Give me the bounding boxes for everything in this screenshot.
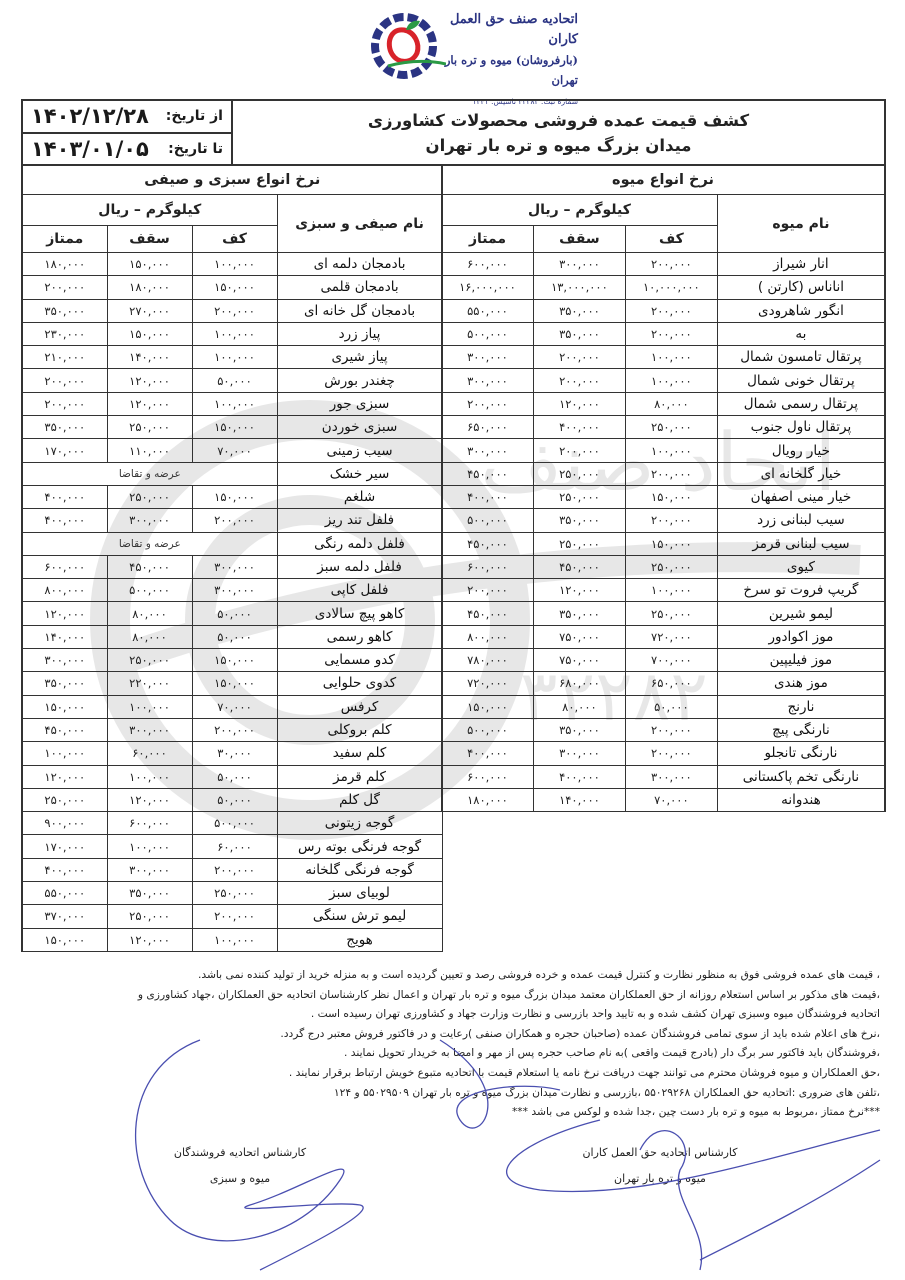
price-min: ۲۰۰,۰۰۰ xyxy=(625,718,717,741)
from-date-row: از تاریخ: ۱۴۰۲/۱۲/۲۸ xyxy=(23,101,231,132)
item-name: موز اکوادور xyxy=(717,625,885,648)
fruit-row: نارنگی پیچ۲۰۰,۰۰۰۳۵۰,۰۰۰۵۰۰,۰۰۰ xyxy=(442,718,886,741)
signature-block-sellers: کارشناس اتحادیه فروشندگان میوه و سبزی xyxy=(150,1140,330,1192)
price-max: ۷۵۰,۰۰۰ xyxy=(533,625,625,648)
supply-demand-note: عرضه و تقاضا xyxy=(22,532,277,555)
price-min: ۲۵۰,۰۰۰ xyxy=(625,602,717,625)
price-max: ۱۴۰,۰۰۰ xyxy=(533,788,625,811)
price-premium: ۶۰۰,۰۰۰ xyxy=(442,765,534,788)
fruit-premium-header: ممتاز xyxy=(442,226,534,253)
fruit-price-table: نرخ انواع میوه نام میوه کیلوگرم – ریال ک… xyxy=(441,165,886,812)
price-max: ۶۰۰,۰۰۰ xyxy=(107,812,192,835)
item-name: کلم بروکلی xyxy=(277,718,442,741)
price-min: ۶۵۰,۰۰۰ xyxy=(625,672,717,695)
signature-subtitle: میوه و سبزی xyxy=(150,1166,330,1192)
price-premium: ۱۵۰,۰۰۰ xyxy=(22,928,107,951)
item-name: نارنگی تخم پاکستانی xyxy=(717,765,885,788)
item-name: سیب زمینی xyxy=(277,439,442,462)
price-min: ۳۰۰,۰۰۰ xyxy=(192,579,277,602)
item-name: بادمجان دلمه ای xyxy=(277,253,442,276)
price-min: ۲۰۰,۰۰۰ xyxy=(625,509,717,532)
title-line-2: میدان بزرگ میوه و تره بار تهران xyxy=(426,133,692,158)
price-min: ۳۰۰,۰۰۰ xyxy=(192,555,277,578)
item-name: گوجه زیتونی xyxy=(277,812,442,835)
price-min: ۲۰۰,۰۰۰ xyxy=(192,299,277,322)
fruit-row: به۲۰۰,۰۰۰۳۵۰,۰۰۰۵۰۰,۰۰۰ xyxy=(442,322,886,345)
price-max: ۱۰۰,۰۰۰ xyxy=(107,695,192,718)
price-min: ۱۰۰,۰۰۰ xyxy=(192,322,277,345)
fruit-row: سیب لبنانی قرمز۱۵۰,۰۰۰۲۵۰,۰۰۰۴۵۰,۰۰۰ xyxy=(442,532,886,555)
price-max: ۸۰,۰۰۰ xyxy=(107,602,192,625)
note-line: ،نرخ های اعلام شده باید از سوی تمامی فرو… xyxy=(30,1024,880,1044)
vegetable-row: کلم قرمز۵۰,۰۰۰۱۰۰,۰۰۰۱۲۰,۰۰۰ xyxy=(22,765,442,788)
price-max: ۱۲۰,۰۰۰ xyxy=(107,392,192,415)
price-max: ۲۵۰,۰۰۰ xyxy=(533,462,625,485)
item-name: فلفل دلمه سبز xyxy=(277,555,442,578)
note-line: ، قیمت های عمده فروشی فوق به منظور نظارت… xyxy=(30,965,880,985)
price-max: ۲۷۰,۰۰۰ xyxy=(107,299,192,322)
logo-text: اتحادیه صنف حق العمل کاران (بارفروشان) م… xyxy=(438,10,578,110)
price-min: ۲۰۰,۰۰۰ xyxy=(625,299,717,322)
item-name: بادمجان قلمی xyxy=(277,276,442,299)
item-name: بادمجان گل خانه ای xyxy=(277,299,442,322)
price-min: ۱۰۰,۰۰۰ xyxy=(192,392,277,415)
item-name: گوجه فرنگی بوته رس xyxy=(277,835,442,858)
price-premium: ۱۲۰,۰۰۰ xyxy=(22,765,107,788)
item-name: کرفس xyxy=(277,695,442,718)
signature-subtitle: میوه و تره بار تهران xyxy=(565,1166,755,1192)
item-name: موز فیلیپین xyxy=(717,649,885,672)
price-min: ۵۰,۰۰۰ xyxy=(192,625,277,648)
price-premium: ۴۵۰,۰۰۰ xyxy=(442,602,534,625)
fruit-row: نارنگی تانجلو۲۰۰,۰۰۰۳۰۰,۰۰۰۴۰۰,۰۰۰ xyxy=(442,742,886,765)
item-name: کدو مسمایی xyxy=(277,649,442,672)
price-max: ۳۵۰,۰۰۰ xyxy=(107,882,192,905)
price-premium: ۵۵۰,۰۰۰ xyxy=(22,882,107,905)
fruit-row: پرتقال ناول جنوب۲۵۰,۰۰۰۴۰۰,۰۰۰۶۵۰,۰۰۰ xyxy=(442,416,886,439)
price-premium: ۴۰۰,۰۰۰ xyxy=(442,485,534,508)
vegetable-row: هویج۱۰۰,۰۰۰۱۲۰,۰۰۰۱۵۰,۰۰۰ xyxy=(22,928,442,951)
price-min: ۱۰۰,۰۰۰ xyxy=(192,253,277,276)
price-max: ۲۵۰,۰۰۰ xyxy=(107,905,192,928)
price-min: ۱۰۰,۰۰۰ xyxy=(192,346,277,369)
note-line: ،قیمت های مذکور بر اساس استعلام روزانه ا… xyxy=(30,985,880,1005)
price-max: ۷۵۰,۰۰۰ xyxy=(533,649,625,672)
vegetable-row: بادمجان قلمی۱۵۰,۰۰۰۱۸۰,۰۰۰۲۰۰,۰۰۰ xyxy=(22,276,442,299)
vegetable-rows: بادمجان دلمه ای۱۰۰,۰۰۰۱۵۰,۰۰۰۱۸۰,۰۰۰بادم… xyxy=(22,253,442,952)
vegetable-row: شلغم۱۵۰,۰۰۰۲۵۰,۰۰۰۴۰۰,۰۰۰ xyxy=(22,485,442,508)
item-name: گوجه فرنگی گلخانه xyxy=(277,858,442,881)
price-premium: ۴۵۰,۰۰۰ xyxy=(442,532,534,555)
document-title: کشف قیمت عمده فروشی محصولات کشاورزی میدا… xyxy=(231,101,884,164)
from-date-label: از تاریخ: xyxy=(166,108,223,124)
item-name: نارنگی پیچ xyxy=(717,718,885,741)
signature-title: کارشناس اتحادیه فروشندگان xyxy=(150,1140,330,1166)
price-min: ۱۵۰,۰۰۰ xyxy=(192,416,277,439)
vegetable-row: سیب زمینی۷۰,۰۰۰۱۱۰,۰۰۰۱۷۰,۰۰۰ xyxy=(22,439,442,462)
price-max: ۱۲۰,۰۰۰ xyxy=(533,392,625,415)
fruit-row: خیار مینی اصفهان۱۵۰,۰۰۰۲۵۰,۰۰۰۴۰۰,۰۰۰ xyxy=(442,485,886,508)
price-max: ۲۵۰,۰۰۰ xyxy=(533,485,625,508)
union-logo: اتحادیه صنف حق العمل کاران (بارفروشان) م… xyxy=(368,6,578,86)
item-name: پرتقال ناول جنوب xyxy=(717,416,885,439)
price-max: ۴۵۰,۰۰۰ xyxy=(533,555,625,578)
price-min: ۱۰۰,۰۰۰ xyxy=(625,346,717,369)
price-min: ۱۰,۰۰۰,۰۰۰ xyxy=(625,276,717,299)
item-name: کلم قرمز xyxy=(277,765,442,788)
price-premium: ۳۰۰,۰۰۰ xyxy=(442,346,534,369)
vegetable-row: فلفل دلمه سبز۳۰۰,۰۰۰۴۵۰,۰۰۰۶۰۰,۰۰۰ xyxy=(22,555,442,578)
price-premium: ۴۰۰,۰۰۰ xyxy=(442,742,534,765)
item-name: فلفل کاپی xyxy=(277,579,442,602)
price-premium: ۱۵۰,۰۰۰ xyxy=(22,695,107,718)
price-max: ۵۰۰,۰۰۰ xyxy=(107,579,192,602)
price-min: ۱۵۰,۰۰۰ xyxy=(192,672,277,695)
vegetable-price-table: نرخ انواع سبزی و صیفی نام صیفی و سبزی کی… xyxy=(21,165,443,952)
price-min: ۵۰,۰۰۰ xyxy=(192,369,277,392)
vegetable-row: گوجه فرنگی گلخانه۲۰۰,۰۰۰۳۰۰,۰۰۰۴۰۰,۰۰۰ xyxy=(22,858,442,881)
price-max: ۳۰۰,۰۰۰ xyxy=(533,253,625,276)
vegetable-premium-header: ممتاز xyxy=(22,226,107,253)
note-line: ،حق العملکاران و میوه فروشان محترم می تو… xyxy=(30,1063,880,1083)
price-premium: ۵۰۰,۰۰۰ xyxy=(442,509,534,532)
price-min: ۱۵۰,۰۰۰ xyxy=(625,485,717,508)
price-max: ۳۵۰,۰۰۰ xyxy=(533,509,625,532)
price-premium: ۸۰۰,۰۰۰ xyxy=(442,625,534,648)
price-max: ۳۰۰,۰۰۰ xyxy=(107,858,192,881)
note-line: ،فروشندگان باید فاکتور سر برگ دار (بادرج… xyxy=(30,1043,880,1063)
fruit-max-header: سقف xyxy=(533,226,625,253)
price-premium: ۱۲۰,۰۰۰ xyxy=(22,602,107,625)
fruit-row: انگور شاهرودی۲۰۰,۰۰۰۳۵۰,۰۰۰۵۵۰,۰۰۰ xyxy=(442,299,886,322)
date-range: از تاریخ: ۱۴۰۲/۱۲/۲۸ تا تاریخ: ۱۴۰۳/۰۱/۰… xyxy=(23,101,231,164)
item-name: خیار گلخانه ای xyxy=(717,462,885,485)
fruit-row: اناناس (کارتن )۱۰,۰۰۰,۰۰۰۱۳,۰۰۰,۰۰۰۱۶,۰۰… xyxy=(442,276,886,299)
price-min: ۷۰,۰۰۰ xyxy=(192,695,277,718)
price-min: ۵۰,۰۰۰ xyxy=(192,765,277,788)
price-max: ۱۲۰,۰۰۰ xyxy=(533,579,625,602)
price-min: ۷۰,۰۰۰ xyxy=(625,788,717,811)
fruit-row: پرتقال خونی شمال۱۰۰,۰۰۰۲۰۰,۰۰۰۳۰۰,۰۰۰ xyxy=(442,369,886,392)
vegetable-row: کرفس۷۰,۰۰۰۱۰۰,۰۰۰۱۵۰,۰۰۰ xyxy=(22,695,442,718)
price-premium: ۲۰۰,۰۰۰ xyxy=(22,276,107,299)
item-name: هندوانه xyxy=(717,788,885,811)
price-premium: ۲۱۰,۰۰۰ xyxy=(22,346,107,369)
fruit-row: گریپ فروت تو سرخ۱۰۰,۰۰۰۱۲۰,۰۰۰۲۰۰,۰۰۰ xyxy=(442,579,886,602)
price-premium: ۳۷۰,۰۰۰ xyxy=(22,905,107,928)
fruit-row: پرتقال تامسون شمال۱۰۰,۰۰۰۲۰۰,۰۰۰۳۰۰,۰۰۰ xyxy=(442,346,886,369)
price-min: ۶۰,۰۰۰ xyxy=(192,835,277,858)
item-name: انار شیراز xyxy=(717,253,885,276)
document-header: کشف قیمت عمده فروشی محصولات کشاورزی میدا… xyxy=(21,99,886,166)
vegetable-row: کدو مسمایی۱۵۰,۰۰۰۲۵۰,۰۰۰۳۰۰,۰۰۰ xyxy=(22,649,442,672)
fruit-row: موز فیلیپین۷۰۰,۰۰۰۷۵۰,۰۰۰۷۸۰,۰۰۰ xyxy=(442,649,886,672)
price-premium: ۳۰۰,۰۰۰ xyxy=(442,369,534,392)
price-list-document: اتحاد صنف ۳۲۲۸۲ اتحادیه صنف حق العمل کار… xyxy=(0,0,905,1280)
price-max: ۱۴۰,۰۰۰ xyxy=(107,346,192,369)
price-premium: ۹۰۰,۰۰۰ xyxy=(22,812,107,835)
price-premium: ۴۵۰,۰۰۰ xyxy=(22,718,107,741)
item-name: پرتقال تامسون شمال xyxy=(717,346,885,369)
price-premium: ۲۵۰,۰۰۰ xyxy=(22,788,107,811)
item-name: فلفل دلمه رنگی xyxy=(277,532,442,555)
vegetable-row: چغندر بورش۵۰,۰۰۰۱۲۰,۰۰۰۲۰۰,۰۰۰ xyxy=(22,369,442,392)
price-premium: ۱۵۰,۰۰۰ xyxy=(442,695,534,718)
vegetable-row: بادمجان دلمه ای۱۰۰,۰۰۰۱۵۰,۰۰۰۱۸۰,۰۰۰ xyxy=(22,253,442,276)
item-name: گل کلم xyxy=(277,788,442,811)
vegetable-row: سیر خشکعرضه و تقاضا xyxy=(22,462,442,485)
item-name: شلغم xyxy=(277,485,442,508)
to-date-label: تا تاریخ: xyxy=(168,141,223,157)
vegetable-row: فلفل تند ریز۲۰۰,۰۰۰۳۰۰,۰۰۰۴۰۰,۰۰۰ xyxy=(22,509,442,532)
price-max: ۳۵۰,۰۰۰ xyxy=(533,322,625,345)
price-min: ۱۰۰,۰۰۰ xyxy=(625,439,717,462)
signature-title: کارشناس اتحادیه حق العمل کاران xyxy=(565,1140,755,1166)
item-name: کیوی xyxy=(717,555,885,578)
price-premium: ۱۷۰,۰۰۰ xyxy=(22,439,107,462)
price-min: ۲۰۰,۰۰۰ xyxy=(625,253,717,276)
price-premium: ۶۰۰,۰۰۰ xyxy=(442,253,534,276)
fruit-row: خیار رویال۱۰۰,۰۰۰۲۰۰,۰۰۰۳۰۰,۰۰۰ xyxy=(442,439,886,462)
fruit-row: پرتقال رسمی شمال۸۰,۰۰۰۱۲۰,۰۰۰۲۰۰,۰۰۰ xyxy=(442,392,886,415)
price-min: ۱۵۰,۰۰۰ xyxy=(192,276,277,299)
fruit-row: هندوانه۷۰,۰۰۰۱۴۰,۰۰۰۱۸۰,۰۰۰ xyxy=(442,788,886,811)
vegetable-row: کاهو پیچ سالادی۵۰,۰۰۰۸۰,۰۰۰۱۲۰,۰۰۰ xyxy=(22,602,442,625)
price-premium: ۷۲۰,۰۰۰ xyxy=(442,672,534,695)
item-name: چغندر بورش xyxy=(277,369,442,392)
price-max: ۳۵۰,۰۰۰ xyxy=(533,602,625,625)
price-min: ۱۰۰,۰۰۰ xyxy=(625,579,717,602)
item-name: فلفل تند ریز xyxy=(277,509,442,532)
item-name: لوبیای سبز xyxy=(277,882,442,905)
signature-block-commission-agents: کارشناس اتحادیه حق العمل کاران میوه و تر… xyxy=(565,1140,755,1192)
price-max: ۲۵۰,۰۰۰ xyxy=(107,416,192,439)
vegetable-max-header: سقف xyxy=(107,226,192,253)
price-max: ۲۵۰,۰۰۰ xyxy=(107,649,192,672)
union-subtitle: (بارفروشان) میوه و تره بار تهران xyxy=(438,50,578,90)
price-max: ۱۰۰,۰۰۰ xyxy=(107,765,192,788)
vegetable-row: سبزی خوردن۱۵۰,۰۰۰۲۵۰,۰۰۰۳۵۰,۰۰۰ xyxy=(22,416,442,439)
price-min: ۱۰۰,۰۰۰ xyxy=(192,928,277,951)
price-max: ۱۲۰,۰۰۰ xyxy=(107,788,192,811)
price-premium: ۵۰۰,۰۰۰ xyxy=(442,322,534,345)
union-name: اتحادیه صنف حق العمل کاران xyxy=(438,10,578,50)
vegetable-section-title: نرخ انواع سبزی و صیفی xyxy=(22,166,442,195)
item-name: پیاز زرد xyxy=(277,322,442,345)
price-premium: ۱۰۰,۰۰۰ xyxy=(22,742,107,765)
price-min: ۲۰۰,۰۰۰ xyxy=(192,858,277,881)
supply-demand-note: عرضه و تقاضا xyxy=(22,462,277,485)
fruit-row: سیب لبنانی زرد۲۰۰,۰۰۰۳۵۰,۰۰۰۵۰۰,۰۰۰ xyxy=(442,509,886,532)
price-min: ۵۰,۰۰۰ xyxy=(192,602,277,625)
price-premium: ۶۵۰,۰۰۰ xyxy=(442,416,534,439)
price-premium: ۴۰۰,۰۰۰ xyxy=(22,509,107,532)
price-min: ۲۵۰,۰۰۰ xyxy=(625,416,717,439)
price-premium: ۶۰۰,۰۰۰ xyxy=(442,555,534,578)
price-min: ۷۰,۰۰۰ xyxy=(192,439,277,462)
price-max: ۲۰۰,۰۰۰ xyxy=(533,439,625,462)
item-name: نارنج xyxy=(717,695,885,718)
price-max: ۱۳,۰۰۰,۰۰۰ xyxy=(533,276,625,299)
price-premium: ۲۳۰,۰۰۰ xyxy=(22,322,107,345)
price-min: ۲۵۰,۰۰۰ xyxy=(625,555,717,578)
fruit-row: نارنگی تخم پاکستانی۳۰۰,۰۰۰۴۰۰,۰۰۰۶۰۰,۰۰۰ xyxy=(442,765,886,788)
vegetable-row: بادمجان گل خانه ای۲۰۰,۰۰۰۲۷۰,۰۰۰۳۵۰,۰۰۰ xyxy=(22,299,442,322)
price-premium: ۱۸۰,۰۰۰ xyxy=(22,253,107,276)
price-max: ۸۰,۰۰۰ xyxy=(107,625,192,648)
fruit-unit-header: کیلوگرم – ریال xyxy=(442,195,718,226)
price-max: ۱۵۰,۰۰۰ xyxy=(107,322,192,345)
item-name: کدوی حلوایی xyxy=(277,672,442,695)
price-premium: ۲۰۰,۰۰۰ xyxy=(442,392,534,415)
vegetable-min-header: کف xyxy=(192,226,277,253)
item-name: سبزی جور xyxy=(277,392,442,415)
item-name: سیب لبنانی قرمز xyxy=(717,532,885,555)
item-name: کاهو رسمی xyxy=(277,625,442,648)
price-min: ۳۰,۰۰۰ xyxy=(192,742,277,765)
price-max: ۲۰۰,۰۰۰ xyxy=(533,369,625,392)
item-name: کلم سفید xyxy=(277,742,442,765)
note-line: ،تلفن های ضروری :اتحادیه حق العملکاران ۵… xyxy=(30,1083,880,1103)
item-name: سیب لبنانی زرد xyxy=(717,509,885,532)
price-max: ۲۵۰,۰۰۰ xyxy=(107,485,192,508)
to-date-value: ۱۴۰۳/۰۱/۰۵ xyxy=(31,137,149,161)
price-min: ۱۰۰,۰۰۰ xyxy=(625,369,717,392)
item-name: پیاز شیری xyxy=(277,346,442,369)
price-min: ۲۰۰,۰۰۰ xyxy=(625,462,717,485)
price-max: ۲۵۰,۰۰۰ xyxy=(533,532,625,555)
price-max: ۱۱۰,۰۰۰ xyxy=(107,439,192,462)
price-max: ۶۰,۰۰۰ xyxy=(107,742,192,765)
price-max: ۱۵۰,۰۰۰ xyxy=(107,253,192,276)
price-premium: ۳۵۰,۰۰۰ xyxy=(22,299,107,322)
item-name: گریپ فروت تو سرخ xyxy=(717,579,885,602)
price-premium: ۶۰۰,۰۰۰ xyxy=(22,555,107,578)
fruit-row: نارنج۵۰,۰۰۰۸۰,۰۰۰۱۵۰,۰۰۰ xyxy=(442,695,886,718)
price-min: ۵۰,۰۰۰ xyxy=(625,695,717,718)
fruit-rows: انار شیراز۲۰۰,۰۰۰۳۰۰,۰۰۰۶۰۰,۰۰۰اناناس (ک… xyxy=(442,253,886,812)
vegetable-row: کاهو رسمی۵۰,۰۰۰۸۰,۰۰۰۱۴۰,۰۰۰ xyxy=(22,625,442,648)
gear-apple-logo-icon xyxy=(368,6,446,84)
vegetable-row: کدوی حلوایی۱۵۰,۰۰۰۲۲۰,۰۰۰۳۵۰,۰۰۰ xyxy=(22,672,442,695)
price-min: ۸۰,۰۰۰ xyxy=(625,392,717,415)
price-min: ۱۵۰,۰۰۰ xyxy=(625,532,717,555)
item-name: سیر خشک xyxy=(277,462,442,485)
item-name: کاهو پیچ سالادی xyxy=(277,602,442,625)
price-premium: ۱۶,۰۰۰,۰۰۰ xyxy=(442,276,534,299)
note-line: ***نرخ ممتاز ،مربوط به میوه و تره بار دس… xyxy=(30,1102,880,1122)
price-premium: ۴۰۰,۰۰۰ xyxy=(22,485,107,508)
price-min: ۲۰۰,۰۰۰ xyxy=(192,509,277,532)
title-line-1: کشف قیمت عمده فروشی محصولات کشاورزی xyxy=(368,108,749,133)
item-name: لیمو شیرین xyxy=(717,602,885,625)
price-premium: ۱۸۰,۰۰۰ xyxy=(442,788,534,811)
price-min: ۱۵۰,۰۰۰ xyxy=(192,485,277,508)
price-min: ۷۲۰,۰۰۰ xyxy=(625,625,717,648)
vegetable-row: سبزی جور۱۰۰,۰۰۰۱۲۰,۰۰۰۲۰۰,۰۰۰ xyxy=(22,392,442,415)
fruit-row: لیمو شیرین۲۵۰,۰۰۰۳۵۰,۰۰۰۴۵۰,۰۰۰ xyxy=(442,602,886,625)
item-name: هویج xyxy=(277,928,442,951)
price-max: ۴۰۰,۰۰۰ xyxy=(533,416,625,439)
item-name: انگور شاهرودی xyxy=(717,299,885,322)
item-name: سبزی خوردن xyxy=(277,416,442,439)
price-premium: ۸۰۰,۰۰۰ xyxy=(22,579,107,602)
item-name: پرتقال رسمی شمال xyxy=(717,392,885,415)
price-min: ۵۰,۰۰۰ xyxy=(192,788,277,811)
price-premium: ۵۵۰,۰۰۰ xyxy=(442,299,534,322)
fruit-row: موز هندی۶۵۰,۰۰۰۶۸۰,۰۰۰۷۲۰,۰۰۰ xyxy=(442,672,886,695)
item-name: پرتقال خونی شمال xyxy=(717,369,885,392)
price-min: ۱۵۰,۰۰۰ xyxy=(192,649,277,672)
price-premium: ۳۰۰,۰۰۰ xyxy=(22,649,107,672)
price-max: ۱۰۰,۰۰۰ xyxy=(107,835,192,858)
price-min: ۲۰۰,۰۰۰ xyxy=(192,718,277,741)
price-min: ۲۰۰,۰۰۰ xyxy=(625,322,717,345)
item-name: خیار مینی اصفهان xyxy=(717,485,885,508)
vegetable-name-header: نام صیفی و سبزی xyxy=(277,195,442,253)
vegetable-row: لوبیای سبز۲۵۰,۰۰۰۳۵۰,۰۰۰۵۵۰,۰۰۰ xyxy=(22,882,442,905)
price-max: ۳۰۰,۰۰۰ xyxy=(107,509,192,532)
item-name: خیار رویال xyxy=(717,439,885,462)
price-premium: ۲۰۰,۰۰۰ xyxy=(22,369,107,392)
price-max: ۱۲۰,۰۰۰ xyxy=(107,369,192,392)
price-premium: ۵۰۰,۰۰۰ xyxy=(442,718,534,741)
price-premium: ۴۵۰,۰۰۰ xyxy=(442,462,534,485)
to-date-row: تا تاریخ: ۱۴۰۳/۰۱/۰۵ xyxy=(23,132,231,165)
price-max: ۳۰۰,۰۰۰ xyxy=(107,718,192,741)
vegetable-row: فلفل کاپی۳۰۰,۰۰۰۵۰۰,۰۰۰۸۰۰,۰۰۰ xyxy=(22,579,442,602)
vegetable-row: لیمو ترش سنگی۲۰۰,۰۰۰۲۵۰,۰۰۰۳۷۰,۰۰۰ xyxy=(22,905,442,928)
vegetable-row: گل کلم۵۰,۰۰۰۱۲۰,۰۰۰۲۵۰,۰۰۰ xyxy=(22,788,442,811)
price-max: ۴۰۰,۰۰۰ xyxy=(533,765,625,788)
item-name: اناناس (کارتن ) xyxy=(717,276,885,299)
price-min: ۷۰۰,۰۰۰ xyxy=(625,649,717,672)
price-max: ۳۰۰,۰۰۰ xyxy=(533,742,625,765)
item-name: نارنگی تانجلو xyxy=(717,742,885,765)
price-min: ۲۰۰,۰۰۰ xyxy=(625,742,717,765)
price-max: ۸۰,۰۰۰ xyxy=(533,695,625,718)
price-premium: ۳۵۰,۰۰۰ xyxy=(22,416,107,439)
fruit-row: خیار گلخانه ای۲۰۰,۰۰۰۲۵۰,۰۰۰۴۵۰,۰۰۰ xyxy=(442,462,886,485)
price-premium: ۷۸۰,۰۰۰ xyxy=(442,649,534,672)
price-min: ۳۰۰,۰۰۰ xyxy=(625,765,717,788)
vegetable-unit-header: کیلوگرم – ریال xyxy=(22,195,277,226)
price-max: ۳۵۰,۰۰۰ xyxy=(533,299,625,322)
vegetable-row: کلم بروکلی۲۰۰,۰۰۰۳۰۰,۰۰۰۴۵۰,۰۰۰ xyxy=(22,718,442,741)
fruit-name-header: نام میوه xyxy=(717,195,885,253)
price-max: ۲۰۰,۰۰۰ xyxy=(533,346,625,369)
vegetable-row: کلم سفید۳۰,۰۰۰۶۰,۰۰۰۱۰۰,۰۰۰ xyxy=(22,742,442,765)
price-premium: ۲۰۰,۰۰۰ xyxy=(22,392,107,415)
price-min: ۲۰۰,۰۰۰ xyxy=(192,905,277,928)
fruit-section-title: نرخ انواع میوه xyxy=(442,166,886,195)
price-max: ۳۵۰,۰۰۰ xyxy=(533,718,625,741)
item-name: موز هندی xyxy=(717,672,885,695)
footnotes: ، قیمت های عمده فروشی فوق به منظور نظارت… xyxy=(30,965,880,1122)
price-premium: ۳۰۰,۰۰۰ xyxy=(442,439,534,462)
fruit-row: انار شیراز۲۰۰,۰۰۰۳۰۰,۰۰۰۶۰۰,۰۰۰ xyxy=(442,253,886,276)
price-premium: ۱۷۰,۰۰۰ xyxy=(22,835,107,858)
price-max: ۲۲۰,۰۰۰ xyxy=(107,672,192,695)
vegetable-row: پیاز شیری۱۰۰,۰۰۰۱۴۰,۰۰۰۲۱۰,۰۰۰ xyxy=(22,346,442,369)
vegetable-row: فلفل دلمه رنگیعرضه و تقاضا xyxy=(22,532,442,555)
price-max: ۴۵۰,۰۰۰ xyxy=(107,555,192,578)
price-max: ۶۸۰,۰۰۰ xyxy=(533,672,625,695)
price-min: ۵۰۰,۰۰۰ xyxy=(192,812,277,835)
price-premium: ۱۴۰,۰۰۰ xyxy=(22,625,107,648)
fruit-row: کیوی۲۵۰,۰۰۰۴۵۰,۰۰۰۶۰۰,۰۰۰ xyxy=(442,555,886,578)
price-max: ۱۸۰,۰۰۰ xyxy=(107,276,192,299)
